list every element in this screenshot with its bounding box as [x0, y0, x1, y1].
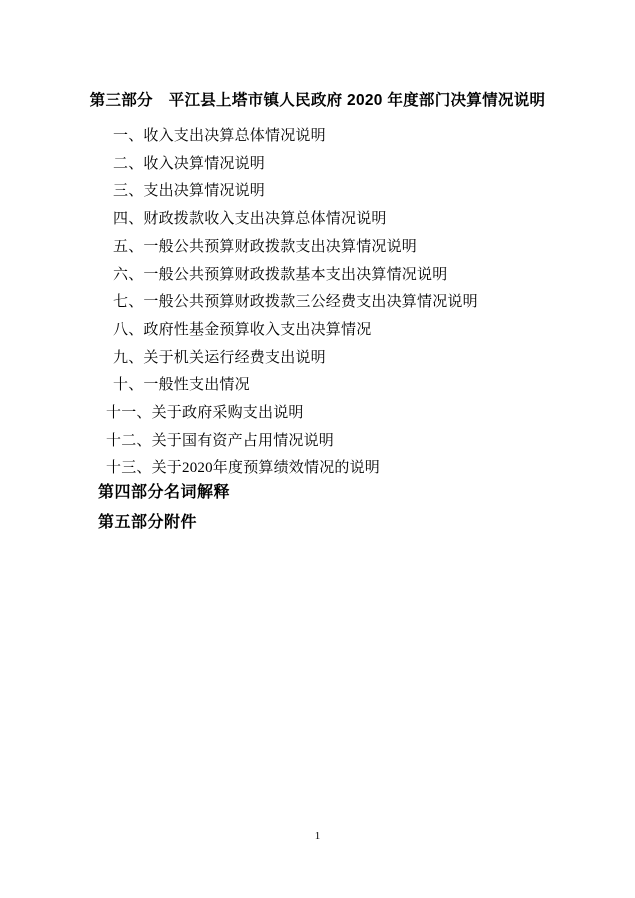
- toc-item-13: 十三、关于2020年度预算绩效情况的说明: [0, 455, 635, 483]
- toc-item-11: 十一、关于政府采购支出说明: [0, 400, 635, 428]
- document-page: 第三部分 平江县上塔市镇人民政府 2020 年度部门决算情况说明 一、收入支出决…: [0, 0, 635, 898]
- toc-item-6: 六、一般公共预算财政拨款基本支出决算情况说明: [0, 262, 635, 290]
- document-title: 第三部分 平江县上塔市镇人民政府 2020 年度部门决算情况说明: [0, 90, 635, 112]
- toc-item-12: 十二、关于国有资产占用情况说明: [0, 428, 635, 456]
- toc-item-4: 四、财政拨款收入支出决算总体情况说明: [0, 206, 635, 234]
- toc-list: 一、收入支出决算总体情况说明 二、收入决算情况说明 三、支出决算情况说明 四、财…: [0, 123, 635, 483]
- toc-item-5: 五、一般公共预算财政拨款支出决算情况说明: [0, 234, 635, 262]
- toc-item-7: 七、一般公共预算财政拨款三公经费支出决算情况说明: [0, 289, 635, 317]
- toc-item-1: 一、收入支出决算总体情况说明: [0, 123, 635, 151]
- toc-item-8: 八、政府性基金预算收入支出决算情况: [0, 317, 635, 345]
- toc-item-10: 十、一般性支出情况: [0, 372, 635, 400]
- toc-item-9: 九、关于机关运行经费支出说明: [0, 345, 635, 373]
- section4-heading: 第四部分名词解释: [98, 484, 230, 502]
- toc-item-3: 三、支出决算情况说明: [0, 178, 635, 206]
- toc-item-2: 二、收入决算情况说明: [0, 151, 635, 179]
- section5-heading: 第五部分附件: [98, 514, 197, 532]
- page-number: 1: [0, 829, 635, 843]
